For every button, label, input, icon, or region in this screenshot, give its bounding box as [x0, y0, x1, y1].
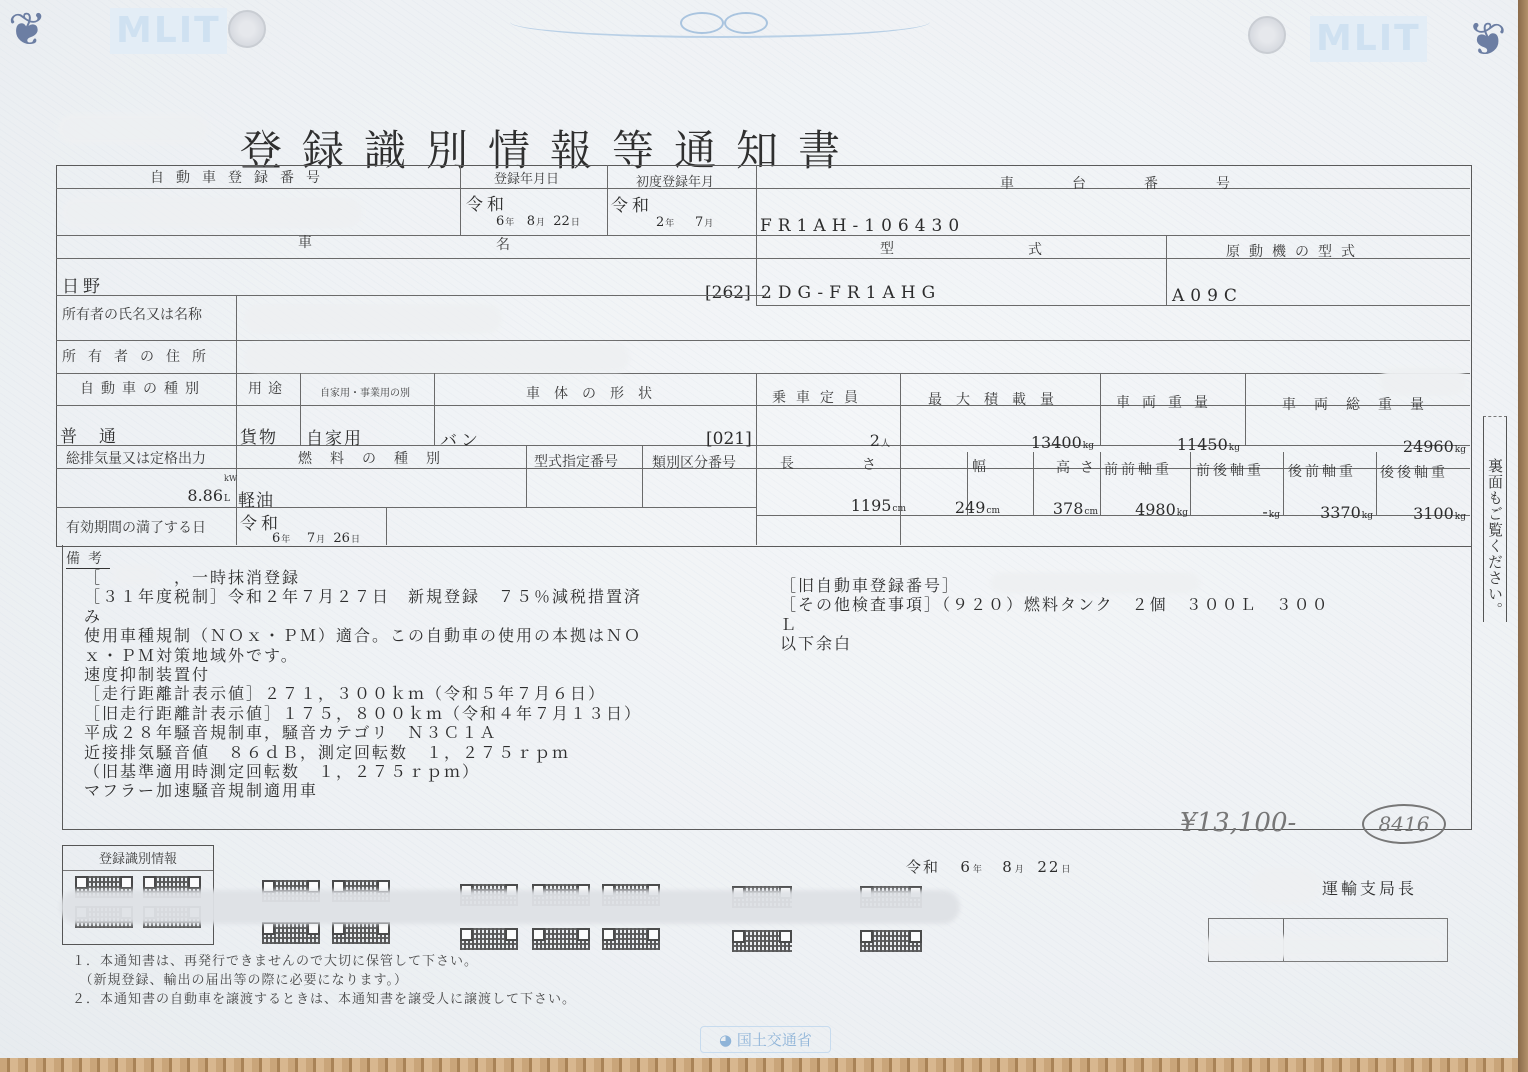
wood-table-edge [1518, 0, 1528, 1072]
see-reverse-side-note: 裏面もご覧ください。 [1483, 416, 1507, 622]
engine-label: 原動機の型式 [1226, 241, 1364, 261]
remarks-heading: 備考 [66, 548, 110, 569]
front-front-axle-value: 4980kg [1100, 500, 1188, 519]
redacted-old-reg-number [990, 572, 1200, 594]
redacted-area [58, 114, 208, 144]
mlit-logo-icon: MLIT [1310, 16, 1427, 62]
fuel-type: 軽油 [238, 486, 274, 511]
qr-code-icon [732, 930, 792, 952]
vehicle-name-code: [262] [705, 283, 751, 303]
owner-name-label: 所有者の氏名又は名称 [62, 304, 202, 324]
type-designation-label: 型式指定番号 [534, 451, 618, 471]
width-value: 249cm [904, 498, 1000, 517]
rear-front-axle-label: 後前軸重 [1288, 461, 1356, 481]
capacity-value: 2人 [760, 431, 890, 450]
front-front-axle-label: 前前軸重 [1104, 459, 1172, 479]
redacted-owner-name [244, 304, 502, 334]
model-label-1: 型 [880, 238, 900, 258]
redacted-qr-band [60, 890, 960, 924]
height-value: 378cm [1000, 499, 1098, 518]
vehicle-name: 日野 [62, 272, 104, 297]
handwritten-amount: ¥13,100- [1180, 808, 1296, 838]
remarks-left: ［ ，一時抹消登録 ［３１年度税制］令和２年７月２７日 新規登録 ７５％減税措置… [84, 568, 642, 801]
reg-date-value: 6年 8月 22日 [496, 214, 580, 229]
expiry-date: 6年 7月 26日 [272, 531, 360, 546]
government-emblem-icon [1248, 16, 1286, 54]
ministry-logo: ◕ 国土交通省 [700, 1026, 831, 1053]
displacement-unit-kw: kW [224, 474, 237, 483]
first-reg-value: 2年 7月 [656, 215, 713, 230]
model-label-2: 式 [1028, 239, 1048, 259]
fuel-type-label: 燃料の種別 [298, 448, 458, 468]
handwritten-circled-number: 8416 [1362, 804, 1446, 844]
private-business: 自家用 [306, 424, 363, 449]
chassis-label: 車台番号 [1000, 173, 1288, 193]
body-shape-label: 車体の形状 [526, 383, 666, 403]
reg-date-era: 令和 [466, 190, 508, 215]
width-label: 幅 [972, 456, 992, 476]
redacted-seal [1204, 936, 1444, 958]
redacted-owner-address [244, 344, 630, 372]
vehicle-name-label-1: 車 [298, 232, 318, 252]
government-emblem-icon [228, 10, 266, 48]
vehicle-weight-value: 11450kg [1104, 435, 1240, 454]
qr-code-icon [332, 922, 390, 944]
rear-rear-axle-value: 3100kg [1376, 504, 1466, 523]
baroque-flourish-icon: ❦ [1468, 16, 1507, 62]
first-reg-label: 初度登録年月 [636, 171, 714, 190]
rear-rear-axle-label: 後後軸重 [1380, 462, 1448, 482]
private-business-label: 自家用・事業用の別 [320, 384, 410, 399]
gross-weight-label: 車両総重量 [1282, 394, 1442, 414]
redacted-reg-number [62, 198, 362, 228]
category-number-label: 類別区分番号 [652, 452, 736, 472]
rear-front-axle-value: 3370kg [1283, 503, 1373, 522]
expiry-label: 有効期間の満了する日 [66, 517, 206, 537]
footer-notes: １．本通知書は、再発行できませんので大切に保管して下さい。 （新規登録、輸出の届… [72, 952, 576, 1009]
displacement-value: 8.86L [60, 486, 230, 505]
mlit-logo-icon: ◕ [719, 1031, 737, 1049]
qr-code-icon [262, 922, 320, 944]
top-ornament-icon [510, 6, 930, 38]
owner-address-label: 所有者の住所 [62, 346, 218, 366]
length-value: 1195cm [760, 496, 906, 515]
first-reg-era: 令和 [611, 191, 653, 216]
redacted-area [112, 566, 160, 584]
qr-code-icon [860, 930, 922, 952]
qr-box-label: 登録識別情報 [63, 848, 213, 871]
qr-code-icon [602, 928, 660, 950]
body-shape-code: [021] [706, 429, 752, 449]
mlit-logo-icon: MLIT [110, 8, 227, 54]
use-label: 用途 [248, 378, 288, 398]
engine-model: A09C [1172, 286, 1243, 306]
max-load-label: 最大積載量 [928, 389, 1068, 409]
displacement-label: 総排気量又は定格出力 [66, 448, 206, 468]
vehicle-type-label: 自動車の種別 [80, 378, 206, 398]
length-label-2: さ [862, 454, 882, 474]
reg-date-label: 登録年月日 [494, 168, 559, 187]
max-load-value: 13400kg [904, 433, 1094, 452]
vehicle-name-label-2: 名 [496, 234, 516, 254]
front-rear-axle-label: 前後軸重 [1196, 460, 1264, 480]
vehicle-type: 普通 [60, 422, 138, 447]
redacted-office-name [1250, 868, 1320, 904]
vehicle-weight-label: 車両重量 [1116, 392, 1220, 412]
baroque-flourish-icon: ❦ [8, 6, 47, 52]
issuer-title: 運輸支局長 [1322, 876, 1417, 899]
qr-code-icon [532, 928, 590, 950]
redacted-area [1380, 368, 1466, 396]
vehicle-use: 貨物 [240, 423, 278, 448]
wood-table-background [0, 1058, 1528, 1072]
front-rear-axle-value: -kg [1190, 502, 1280, 521]
chassis-number: FR1AH-106430 [760, 216, 965, 236]
issue-date: 令和 6年 8月 22日 [906, 856, 1070, 877]
reg-number-label: 自動車登録番号 [150, 167, 332, 187]
height-label: 高さ [1056, 457, 1104, 477]
capacity-label: 乗車定員 [772, 387, 868, 407]
vehicle-model: 2DG-FR1AHG [761, 283, 941, 303]
qr-code-icon [460, 928, 518, 950]
length-label-1: 長 [780, 453, 800, 473]
